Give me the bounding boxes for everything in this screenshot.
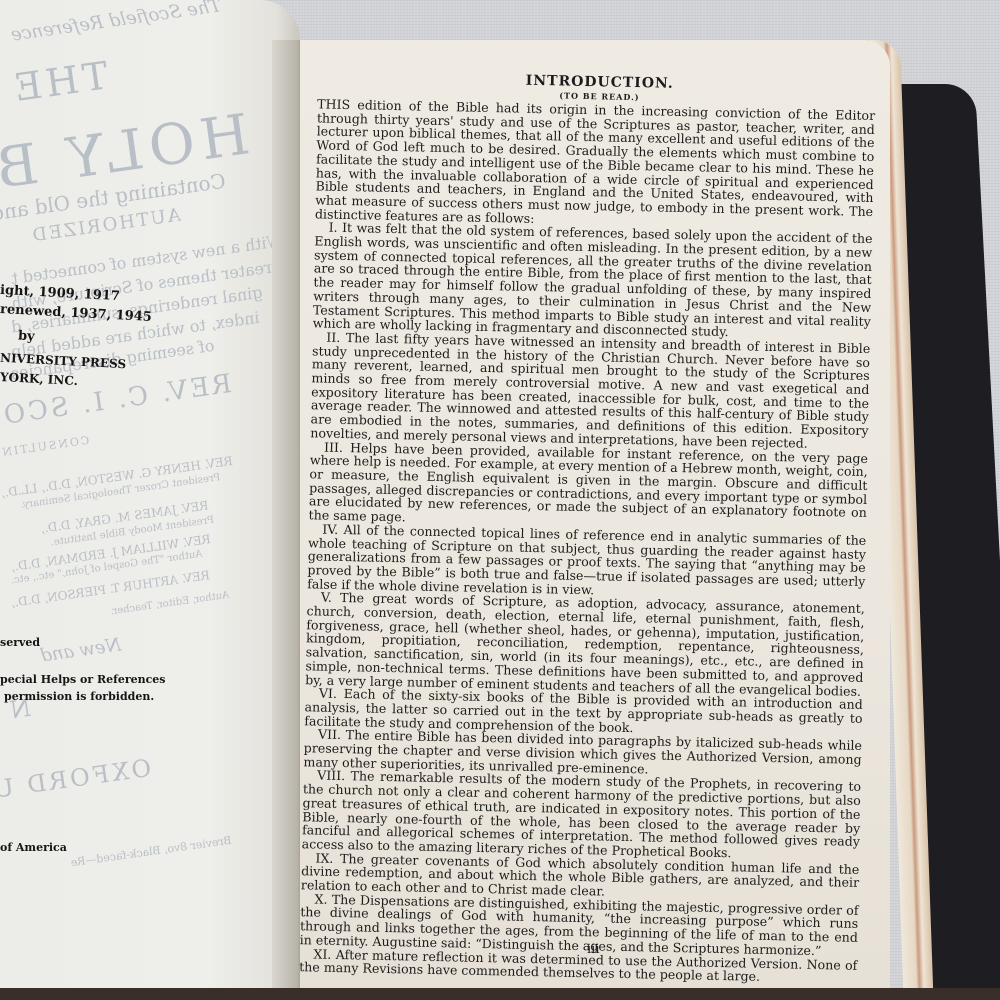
book-bottom-edge — [0, 988, 1000, 1000]
intro-paragraph-5: V. The great words of Scripture, as adop… — [287, 590, 889, 698]
ghost-format: Brevier 8vo, Black-faced—Re — [70, 834, 233, 869]
copyright-by: by — [18, 329, 35, 345]
permission-notice: permission is forbidden. — [4, 690, 154, 703]
book-photo: The Scofield Reference THE HOLY B Contai… — [0, 0, 1000, 1000]
left-page: The Scofield Reference THE HOLY B Contai… — [0, 0, 300, 990]
ghost-title-line1: THE — [7, 53, 110, 110]
intro-paragraph-2: II. The last fifty years have witnessed … — [292, 330, 894, 452]
page-number: iii — [587, 942, 599, 957]
ghost-series-title: The Scofield Reference — [10, 0, 223, 46]
rights-reserved: served — [0, 636, 40, 649]
intro-paragraph-1: I. It was felt that the old system of re… — [295, 220, 897, 342]
special-helps-notice: pecial Helps or References — [0, 673, 166, 686]
ghost-consulting: CONSULTIN — [0, 434, 90, 459]
printed-in-america: of America — [0, 841, 67, 854]
intro-paragraph-8: VIII. The remarkable results of the mode… — [284, 768, 886, 863]
ghost-editor-4-role: Author, Editor, Teacher. — [110, 590, 230, 618]
introduction-text: INTRODUCTION. (TO BE READ.) THIS edition… — [281, 68, 900, 986]
ghost-new-ed: New and — [39, 634, 123, 666]
intro-paragraph-0: THIS edition of the Bible had its origin… — [297, 97, 899, 233]
intro-paragraph-3: III. Helps have been provided, available… — [290, 439, 892, 534]
publisher-line2: YORK, INC. — [0, 370, 78, 388]
ghost-oxford: OXFORD U — [0, 754, 153, 804]
